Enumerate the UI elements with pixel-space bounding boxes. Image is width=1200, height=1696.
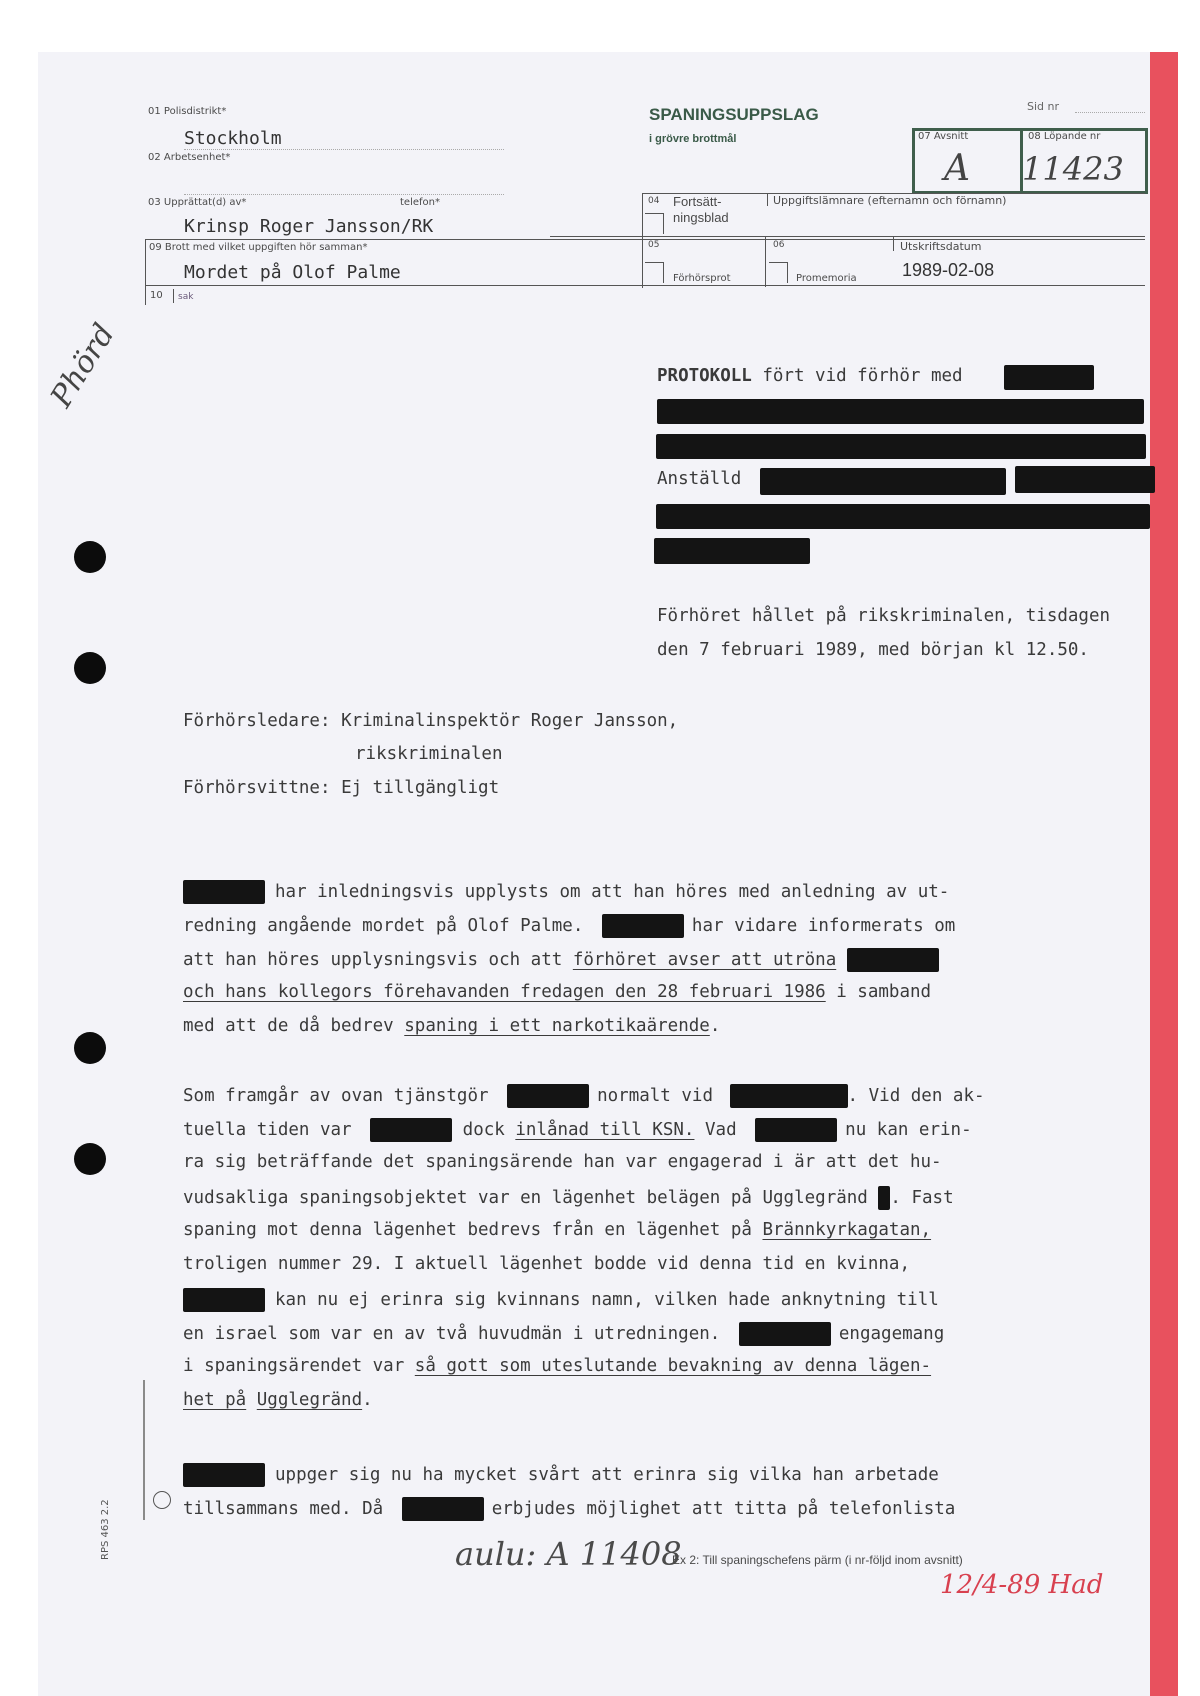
p1-line-4: och hans kollegors förehavanden fredagen… xyxy=(183,982,931,1002)
redaction-line-2 xyxy=(656,434,1146,459)
rps-form-code: RPS 463 2.2 xyxy=(100,1499,111,1560)
brott-value: Mordet på Olof Palme xyxy=(184,262,401,283)
punch-hole-1 xyxy=(74,541,106,573)
redaction-line-4 xyxy=(656,504,1150,529)
upprattad-av-value: Krinsp Roger Jansson/RK xyxy=(184,216,433,237)
utskriftsdatum-label: Utskriftsdatum xyxy=(900,240,982,253)
upprattad-av-label: 03 Upprättat(d) av* xyxy=(148,197,246,208)
p2-line-1: Som framgår av ovan tjänstgör normalt vi… xyxy=(183,1084,985,1108)
sid-nr-label: Sid nr xyxy=(1027,100,1059,113)
p2-line-7: kan nu ej erinra sig kvinnans namn, vilk… xyxy=(183,1288,939,1312)
witness-value: Ej tillgängligt xyxy=(341,778,499,798)
promemoria-checkbox[interactable] xyxy=(769,262,788,283)
red-edge-strip xyxy=(1150,52,1178,1696)
protocol-heading-rest: fört vid förhör med xyxy=(752,366,963,386)
margin-circle-mark xyxy=(153,1491,171,1509)
lopande-label: 08 Löpande nr xyxy=(1028,131,1100,142)
margin-rule xyxy=(143,1380,145,1520)
redaction-name xyxy=(1004,365,1094,390)
employed-label: Anställd xyxy=(657,469,741,489)
p3-line-2: tillsammans med. Då erbjudes möjlighet a… xyxy=(183,1497,955,1521)
form-subtitle: i grövre brottmål xyxy=(649,133,736,145)
p1-line-1: har inledningsvis upplysts om att han hö… xyxy=(183,880,949,904)
punch-hole-2 xyxy=(74,652,106,684)
punch-hole-3 xyxy=(74,1032,106,1064)
leader-unit: rikskriminalen xyxy=(355,744,503,764)
p2-line-10: het på Ugglegränd. xyxy=(183,1390,373,1410)
protocol-heading-bold: PROTOKOLL xyxy=(657,366,752,386)
polisdistrikt-value: Stockholm xyxy=(184,128,282,149)
telefon-label: telefon* xyxy=(400,197,440,208)
fortsattningsblad-label: Fortsätt- ningsblad xyxy=(673,194,729,226)
field04-num: 04 xyxy=(648,196,659,206)
handwritten-reference: aulu: A 11408 xyxy=(455,1535,682,1573)
field06-num: 06 xyxy=(773,240,784,250)
lopande-value: 11423 xyxy=(1022,150,1124,188)
leader-label: Förhörsledare: xyxy=(183,711,331,731)
location-line-2: den 7 februari 1989, med början kl 12.50… xyxy=(657,640,1089,660)
p1-line-2: redning angående mordet på Olof Palme. h… xyxy=(183,914,955,938)
red-signature: 12/4-89 Had xyxy=(940,1570,1103,1600)
p2-line-9: i spaningsärendet var så gott som uteslu… xyxy=(183,1356,931,1376)
p1-line-5: med att de då bedrev spaning i ett narko… xyxy=(183,1016,720,1036)
p2-line-5: spaning mot denna lägenhet bedrevs från … xyxy=(183,1220,931,1240)
punch-hole-4 xyxy=(74,1143,106,1175)
brott-label: 09 Brott med vilket uppgiften hör samman… xyxy=(149,242,368,253)
p2-line-4: vudsakliga spaningsobjektet var en lägen… xyxy=(183,1186,954,1210)
document-sheet xyxy=(38,52,1178,1696)
redaction-line-1 xyxy=(657,399,1144,424)
fortsattningsblad-checkbox[interactable] xyxy=(645,213,664,234)
leader-value: Kriminalinspektör Roger Jansson, xyxy=(341,711,678,731)
promemoria-label: Promemoria xyxy=(796,273,857,284)
arbetsenhet-label: 02 Arbetsenhet* xyxy=(148,152,230,163)
uppgiftslamnare-label: Uppgiftslämnare (efternamn och förnamn) xyxy=(773,194,1006,207)
forhorsprot-label: Förhörsprot xyxy=(673,273,731,284)
ex-distribution-note: Ex 2: Till spaningschefens pärm (i nr-fö… xyxy=(672,1553,963,1567)
avsnitt-value: A xyxy=(944,148,970,189)
utskriftsdatum-value: 1989-02-08 xyxy=(902,260,994,281)
witness-label: Förhörsvittne: xyxy=(183,778,331,798)
protocol-heading: PROTOKOLL fört vid förhör med xyxy=(657,366,963,386)
redaction-employer-2 xyxy=(1015,466,1155,493)
witness-row: Förhörsvittne: Ej tillgängligt xyxy=(183,778,499,798)
field05-num: 05 xyxy=(648,240,659,250)
p2-line-8: en israel som var en av två huvudmän i u… xyxy=(183,1322,944,1346)
forhorsprot-checkbox[interactable] xyxy=(645,262,664,283)
leader-row: Förhörsledare: Kriminalinspektör Roger J… xyxy=(183,711,678,731)
avsnitt-label: 07 Avsnitt xyxy=(918,131,968,142)
p2-line-2: tuella tiden var dock inlånad till KSN. … xyxy=(183,1118,972,1142)
redaction-employer xyxy=(760,468,1006,495)
p1-line-3: att han höres upplysningsvis och att för… xyxy=(183,948,939,972)
form-title: SPANINGSUPPSLAG xyxy=(649,105,819,125)
redaction-line-5 xyxy=(654,538,810,564)
p3-line-1: uppger sig nu ha mycket svårt att erinra… xyxy=(183,1463,939,1487)
location-line-1: Förhöret hållet på rikskriminalen, tisda… xyxy=(657,606,1110,626)
polisdistrikt-label: 01 Polisdistrikt* xyxy=(148,106,226,117)
field10-label: 10 xyxy=(150,290,163,301)
p2-line-3: ra sig beträffande det spaningsärende ha… xyxy=(183,1152,942,1172)
sak-label: sak xyxy=(178,292,193,302)
p2-line-6: troligen nummer 29. I aktuell lägenhet b… xyxy=(183,1254,910,1274)
